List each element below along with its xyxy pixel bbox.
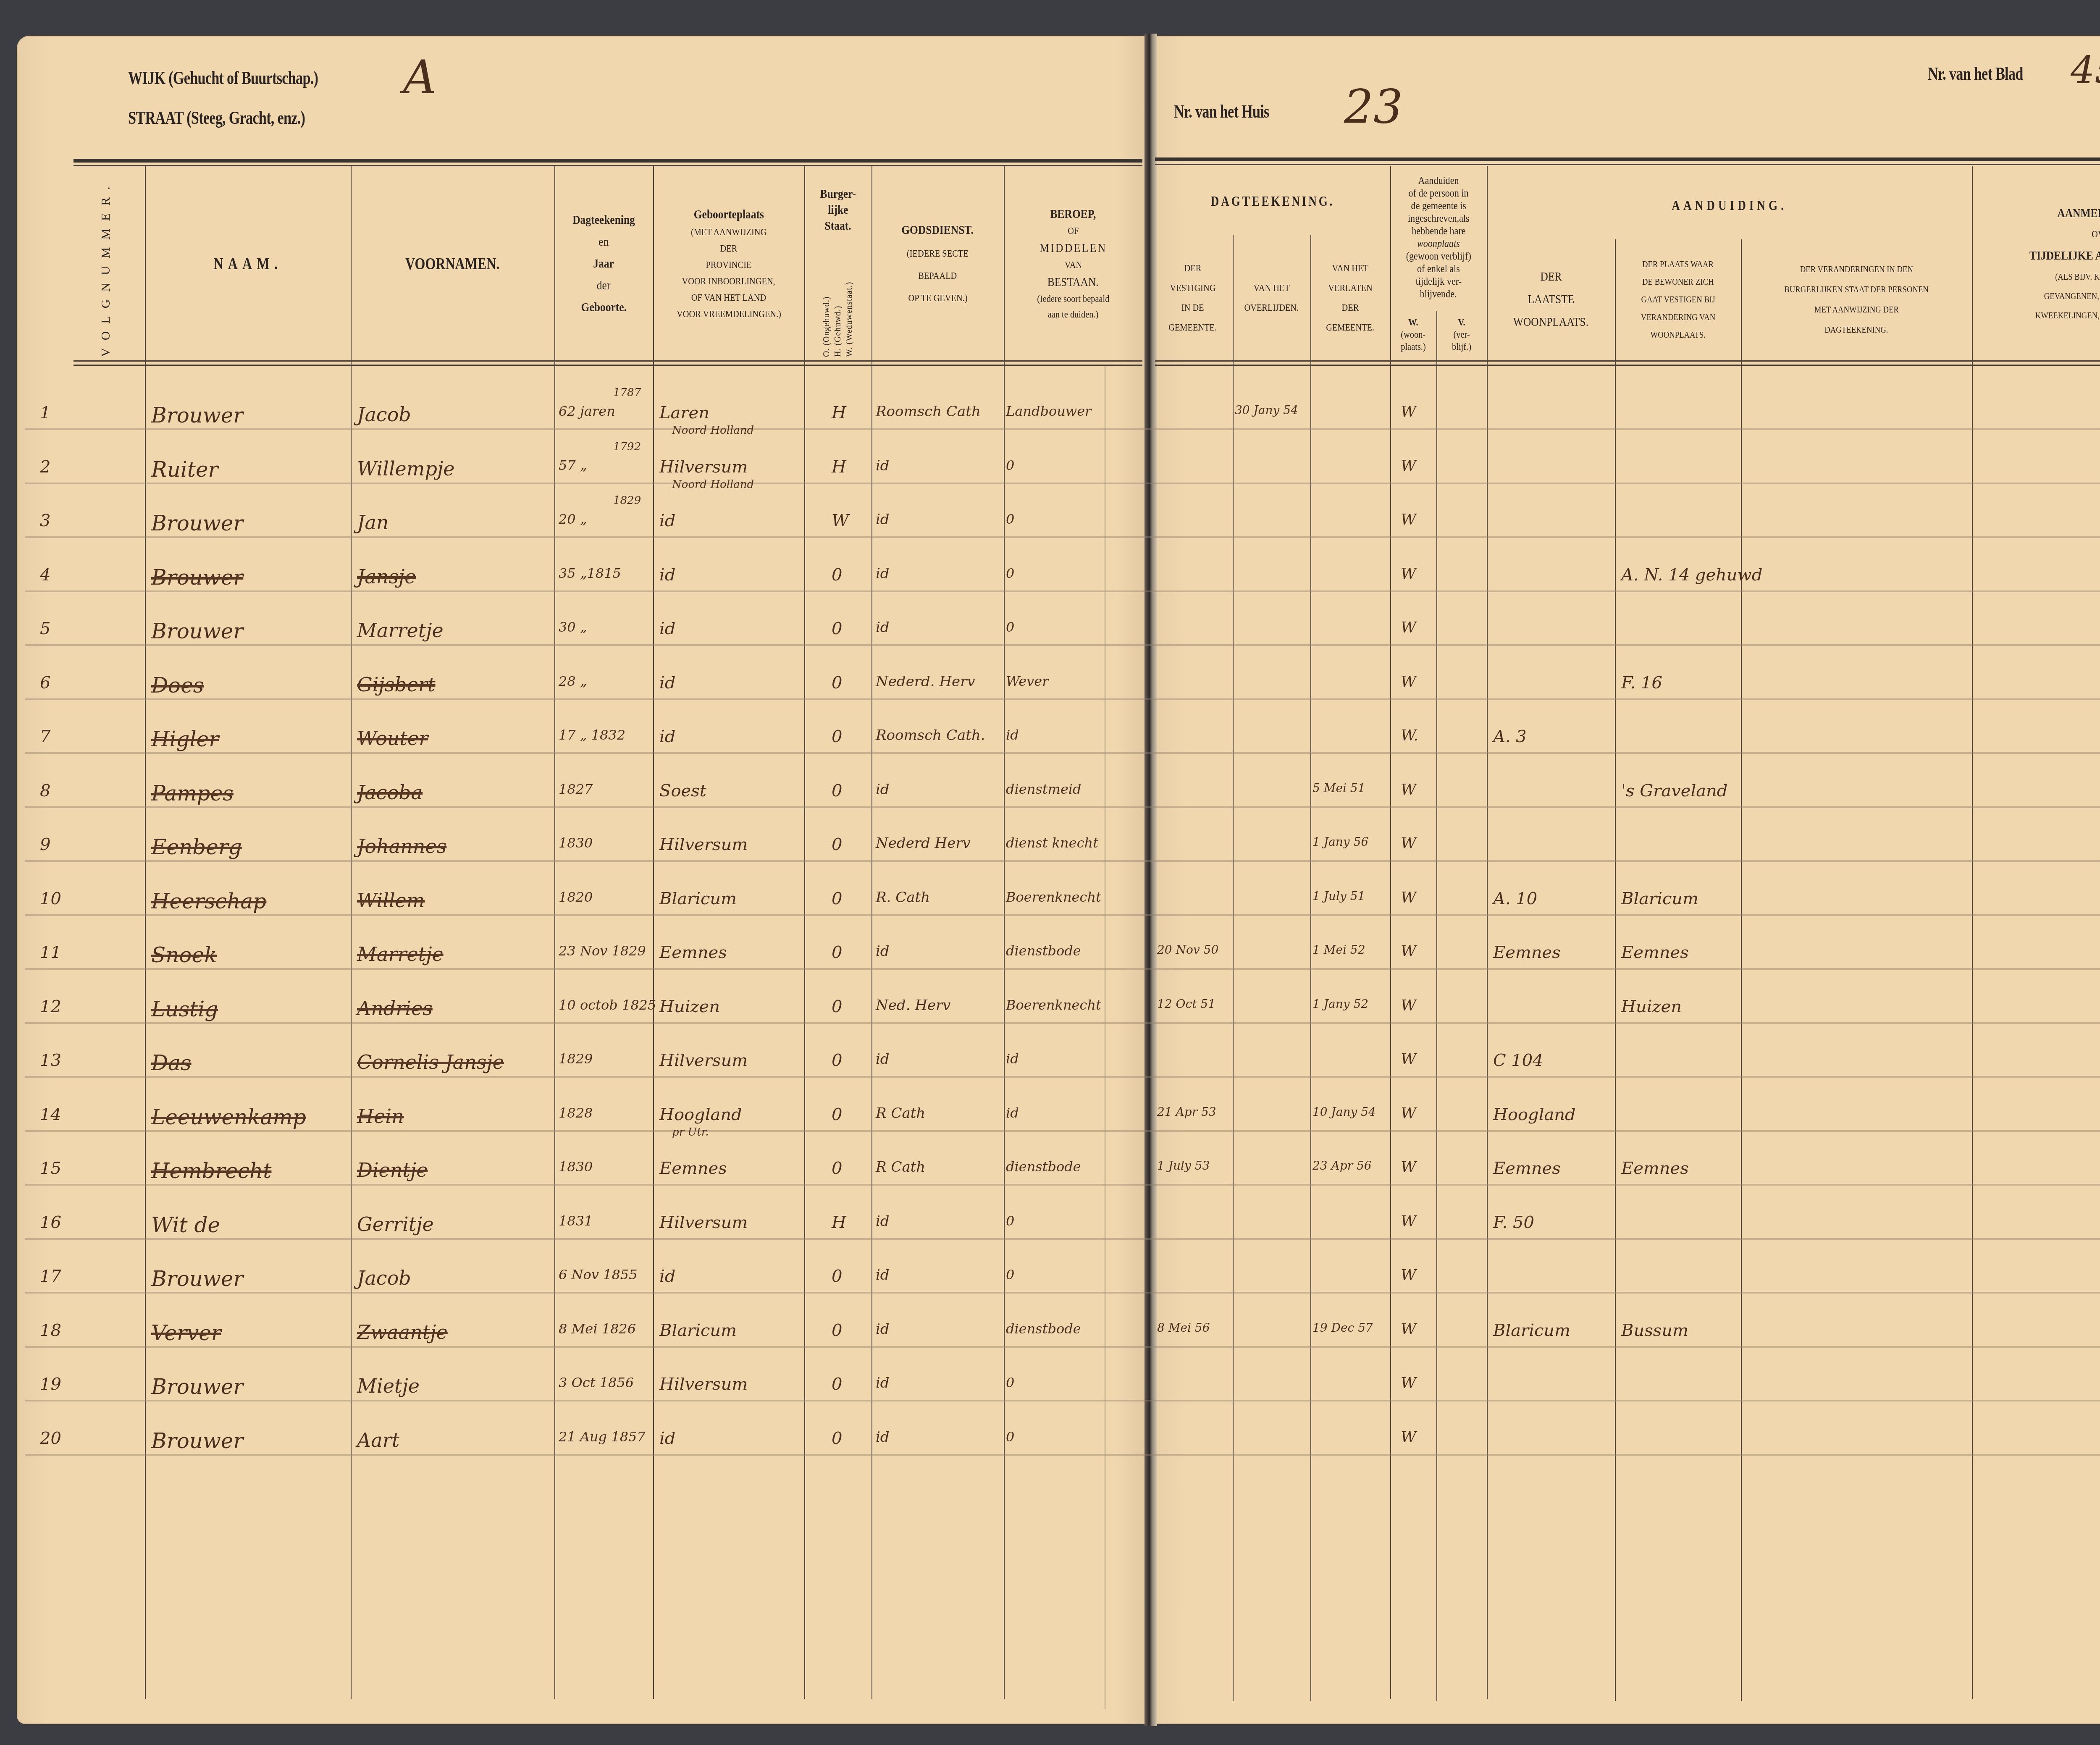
row-number: 12 [40,997,61,1016]
surname: Brouwer [151,511,243,535]
col-line [1004,166,1005,1699]
religion: id [876,1051,890,1068]
occupation: id [1006,727,1019,743]
label: DER [1184,263,1202,274]
row-rule [25,1184,2100,1186]
col-head-geboorteplaats: Geboorteplaats (MET AANWIJZING DER PROVI… [653,168,804,359]
religion: id [876,619,890,636]
new-residence: Blaricum [1621,889,1698,908]
religion: Ned. Herv [876,997,950,1014]
residence-w: W [1401,619,1416,636]
label: OVERLIJDEN. [1244,302,1299,314]
civil-status: H [832,457,846,477]
row-rule [25,536,2100,538]
col-head-voornamen: VOORNAMEN. [351,168,554,359]
row-rule [25,590,2100,592]
row-number: 9 [40,835,50,854]
birthplace: Hilversum [659,1213,748,1232]
label: VAN [1064,260,1082,271]
label: MET AANWIJZING DER [1814,304,1898,315]
label: OVER [2092,229,2100,240]
surname: Wit de [151,1213,220,1237]
birthplace: Eemnes [659,1159,727,1178]
birth-year: 1792 [613,441,641,453]
row-rule [25,914,2100,916]
residence-w: W [1401,1159,1416,1176]
civil-status: 0 [832,727,842,746]
row-number: 19 [40,1375,61,1394]
birthplace-province: Noord Holland [672,424,754,437]
label: plaats.) [1401,341,1425,353]
first-names: Willempje [357,457,454,480]
label: blijf.) [1452,341,1471,353]
col-head-beroep: BEROEP, OF MIDDELEN VAN BESTAAN. (Iedere… [1004,168,1142,359]
col-head-verlaten: VAN HET VERLATEN DER GEMEENTE. [1310,239,1390,357]
label: (Iedere soort bepaald [1037,294,1109,305]
birth-date: 6 Nov 1855 [559,1267,637,1283]
date-settlement: 8 Mei 56 [1157,1321,1210,1335]
label: Burger- [820,187,856,201]
label: hebbende hare [1412,225,1465,237]
row-number: 8 [40,781,50,800]
label: WOONPLAATS. [1513,315,1588,329]
huis-value: 23 [1344,80,1403,134]
date-departure: 1 Mei 52 [1312,943,1365,957]
birth-date: 1830 [559,1159,593,1175]
label: DER PLAATS WAAR [1642,259,1714,270]
birth-date: 30 „ [559,619,587,635]
row-rule [25,752,2100,754]
occupation: dienstbode [1006,943,1081,959]
religion: id [876,457,890,474]
residence-w: W [1401,1213,1416,1230]
birthplace: id [659,1429,675,1448]
label: lijke [828,203,848,217]
col-head-naam: NAAM. [145,168,351,359]
label: (MET AANWIJZING [691,227,766,238]
date-departure: 10 Jany 54 [1312,1105,1376,1119]
label: (IEDERE SECTE [907,248,969,260]
birth-date: 1830 [559,835,593,851]
religion: id [876,565,890,582]
label: (ALS BIJV. KRIJGSLIEDEN, [2055,271,2100,282]
first-names: Wouter [357,727,428,750]
header-bottom-rule-left-2 [73,365,1142,366]
birthplace: Hilversum [659,1375,748,1394]
label: Dagteekening [572,213,635,227]
label: BEPAALD [918,270,957,282]
first-names: Marretje [357,619,444,642]
row-rule [25,860,2100,862]
birthplace: id [659,673,675,693]
label: GEVANGENEN, LEERLINGEN OF [2044,291,2100,302]
occupation: 0 [1006,565,1014,581]
birth-date: 1827 [559,781,593,797]
row-number: 6 [40,673,50,693]
occupation: Boerenknecht [1006,997,1101,1013]
surname: Heerschap [151,889,266,913]
row-rule [25,1130,2100,1132]
residence-w: W [1401,403,1416,420]
new-residence: 's Graveland [1621,781,1727,800]
birthplace: id [659,619,675,638]
birth-date: 62 jaren [559,403,615,419]
religion: id [876,1429,890,1446]
label: (woon- [1401,329,1426,341]
religion: Roomsch Cath. [876,727,985,744]
row-rule [25,1400,2100,1401]
blad-label: Nr. van het Blad [1928,63,2023,84]
huis-label: Nr. van het Huis [1174,101,1269,122]
surname: Das [151,1051,192,1075]
first-names: Gerritje [357,1213,434,1236]
residence-w: W [1401,1375,1416,1392]
row-rule [25,1022,2100,1024]
col-head-burgerlijke-staat: Burger- lijke Staat. [804,168,871,252]
birth-date: 1828 [559,1105,593,1121]
surname: Brouwer [151,1267,243,1291]
birthplace: Blaricum [659,889,737,908]
label: Geboorte. [581,300,626,315]
residence-w: W [1401,673,1416,690]
label: GODSDIENST. [902,223,974,237]
birthplace-province: Noord Holland [672,478,754,491]
birth-year: 1787 [613,386,641,399]
label: DER [1342,302,1359,314]
residence-w: W [1401,1321,1416,1338]
last-residence: A. 10 [1493,889,1537,908]
col-line [1615,239,1616,1701]
col-head-w: W. (woon- plaats.) [1390,311,1436,359]
col-head-plaats-waar: DER PLAATS WAAR DE BEWONER ZICH GAAT VES… [1615,239,1741,359]
row-rule [25,1292,2100,1294]
surname: Pampes [151,781,234,806]
birth-date: 23 Nov 1829 [559,943,646,959]
surname: Brouwer [151,1375,243,1399]
row-number: 10 [40,889,61,908]
label: of de persoon in [1408,187,1468,199]
new-residence: Eemnes [1621,1159,1689,1178]
birthplace: id [659,1267,675,1286]
label: GAAT VESTIGEN BIJ [1641,294,1715,305]
label: DAGTEEKENING. [1824,324,1888,335]
label: OF [1068,226,1079,237]
first-names: Zwaantje [357,1321,448,1344]
civil-status: 0 [832,1321,842,1340]
surname: Higler [151,727,219,751]
label: (ver- [1453,329,1470,341]
label: TIJDELIJKE AFWEZIGHEID. [2029,249,2100,263]
label: GEMEENTE. [1326,322,1374,333]
label: en [598,235,609,249]
row-rule [25,698,2100,700]
date-settlement: 1 July 53 [1157,1159,1210,1173]
birthplace: Hilversum [659,457,748,477]
civil-status: 0 [832,1429,842,1448]
first-names: Jacob [357,1267,411,1289]
row-number: 14 [40,1105,61,1124]
birthplace: Hoogland [659,1105,742,1124]
label: OP TE GEVEN.) [908,293,967,304]
date-settlement: 21 Apr 53 [1157,1105,1216,1119]
civil-status: 0 [832,565,842,585]
label: DAGTEEKENING. [1211,194,1334,210]
row-number: 16 [40,1213,61,1232]
surname: Leeuwenkamp [151,1105,306,1129]
last-residence: Eemnes [1493,943,1561,962]
first-names: Willem [357,889,425,912]
label: VAN HET [1332,263,1368,274]
birthplace-province: pr Utr. [672,1126,709,1139]
label: AANMERKINGEN [2057,206,2100,220]
occupation: dienstmeid [1006,781,1081,797]
label: BEROEP, [1050,207,1096,221]
last-residence: Eemnes [1493,1159,1561,1178]
civil-status: 0 [832,619,842,638]
col-line [145,166,146,1699]
new-residence: A. N. 14 gehuwd [1621,565,1762,585]
civil-status: 0 [832,1375,842,1394]
row-number: 13 [40,1051,61,1070]
birthplace: id [659,727,675,746]
row-rule [25,1454,2100,1456]
first-names: Gijsbert [357,673,435,696]
birthplace: Huizen [659,997,720,1016]
label: LAATSTE [1528,292,1574,307]
date-departure: 19 Dec 57 [1312,1321,1373,1335]
new-residence: Bussum [1621,1321,1688,1340]
label: woonplaats [1417,237,1460,250]
residence-w: W [1401,1105,1416,1122]
birthplace: Eemnes [659,943,727,962]
label: MIDDELEN [1039,241,1107,255]
first-names: Andries [357,997,433,1020]
label: VESTIGING [1170,283,1216,294]
label: Aanduiden [1418,174,1459,187]
residence-w: W [1401,1429,1416,1446]
col-line [871,166,872,1699]
civil-status: 0 [832,673,842,693]
occupation: 0 [1006,1429,1014,1445]
wijk-label: WIJK (Gehucht of Buurtschap.) [128,67,318,89]
label: DER [720,243,738,255]
birthplace: Hilversum [659,1051,748,1070]
birthplace: Soest [659,781,706,800]
occupation: Wever [1006,673,1049,689]
row-rule [25,483,2100,484]
col-head-dagteekening-group: DAGTEEKENING. [1155,176,1390,227]
residence-w: W [1401,997,1416,1014]
col-head-dagteekening: Dagteekening en Jaar der Geboorte. [554,168,653,359]
surname: Ruiter [151,457,218,482]
civil-status: W [832,511,849,530]
label: DER VERANDERINGEN IN DEN [1800,264,1913,275]
civil-status: 0 [832,943,842,962]
date-death: 30 Jany 54 [1235,403,1298,417]
header-bottom-rule-left [73,360,1142,362]
date-departure: 23 Apr 56 [1312,1159,1372,1173]
label: WOONPLAATS. [1650,329,1705,340]
label: AANDUIDING. [1672,198,1787,214]
row-number: 18 [40,1321,61,1340]
label: W. [1408,317,1418,328]
label: VOOR VREEMDELINGEN.) [677,309,781,320]
occupation: 0 [1006,1375,1014,1391]
first-names: Cornelis Jansje [357,1051,504,1073]
col-head-veranderingen: DER VERANDERINGEN IN DEN BURGERLIJKEN ST… [1741,239,1972,359]
first-names: Mietje [357,1375,420,1397]
date-settlement: 20 Nov 50 [1157,943,1218,957]
civil-status: 0 [832,889,842,908]
civil-status: 0 [832,1267,842,1286]
religion: Nederd. Herv [876,673,975,690]
occupation: 0 [1006,1213,1014,1229]
row-number: 15 [40,1159,61,1178]
label: DE BEWONER ZICH [1642,276,1714,287]
label: OF VAN HET LAND [691,292,766,304]
row-rule [25,968,2100,970]
date-departure: 1 Jany 52 [1312,997,1368,1011]
blad-value: 45 [2071,48,2100,92]
label: O. (Ongehuwd.) [822,252,832,357]
residence-w: W [1401,565,1416,583]
date-departure: 1 July 51 [1312,889,1365,903]
col-head-godsdienst: GODSDIENST. (IEDERE SECTE BEPAALD OP TE … [871,168,1004,359]
row-number: 3 [40,511,50,530]
col-head-aanmerkingen: AANMERKINGEN OVER TIJDELIJKE AFWEZIGHEID… [1972,168,2100,359]
birth-date: 57 „ [559,457,587,473]
first-names: Jacob [357,403,411,426]
col-line [554,166,555,1699]
birth-date: 8 Mei 1826 [559,1321,636,1337]
civil-status: 0 [832,835,842,854]
voornamen-label: VOORNAMEN. [405,254,499,273]
first-names: Jansje [357,565,416,588]
row-rule [25,1076,2100,1078]
label: der [597,278,611,293]
col-head-aanduiden: Aanduiden of de persoon in de gemeente i… [1390,166,1487,309]
occupation: Boerenknecht [1006,889,1101,905]
birthplace: Hilversum [659,835,748,854]
header-bottom-rule-right-2 [1155,365,2100,366]
header-bottom-rule-right [1155,360,2100,362]
birth-date: 1829 [559,1051,593,1067]
residence-w: W [1401,835,1416,852]
label: Staat. [824,219,851,233]
col-line [351,166,352,1699]
religion: id [876,1321,890,1338]
new-residence: Eemnes [1621,943,1689,962]
surname: Verver [151,1321,221,1345]
civil-status: 0 [832,1159,842,1178]
religion: id [876,511,890,528]
label: IN DE [1181,302,1204,314]
first-names: Jacoba [357,781,423,804]
surname: Snoek [151,943,217,967]
occupation: 0 [1006,1267,1014,1283]
label: BURGERLIJKEN STAAT DER PERSONEN [1784,284,1929,295]
col-line [653,166,654,1699]
label: (gewoon verblijf) [1406,250,1471,262]
residence-w: W [1401,889,1416,906]
last-residence: F. 50 [1493,1213,1534,1232]
row-number: 11 [40,943,61,962]
row-rule [25,428,2100,430]
birth-date: 35 „1815 [559,565,621,581]
date-departure: 5 Mei 51 [1312,781,1365,795]
occupation: 0 [1006,511,1014,527]
last-residence: C 104 [1493,1051,1543,1070]
birth-date: 1831 [559,1213,593,1229]
civil-status: 0 [832,997,842,1016]
religion: id [876,943,890,960]
occupation: id [1006,1105,1019,1121]
row-rule [25,644,2100,646]
new-residence: Huizen [1621,997,1682,1016]
surname: Brouwer [151,1429,243,1453]
col-head-overlijden: VAN HET OVERLIJDEN. [1233,239,1310,357]
label: VOOR INBOORLINGEN, [682,276,775,287]
last-residence: Hoogland [1493,1105,1576,1124]
new-residence: F. 16 [1621,673,1662,693]
occupation: dienstbode [1006,1159,1081,1175]
row-rule [25,806,2100,808]
surname: Brouwer [151,619,243,643]
label: tijdelijk ver- [1415,275,1461,288]
label: W. (Weduwenstaat.) [845,252,854,357]
col-line [1972,166,1973,1699]
row-number: 1 [40,403,50,422]
last-residence: A. 3 [1493,727,1527,746]
label: ingeschreven,als [1408,212,1470,225]
religion: R. Cath [876,889,930,906]
date-settlement: 12 Oct 51 [1157,997,1215,1011]
religion: Nederd Herv [876,835,971,852]
row-number: 2 [40,457,50,477]
religion: id [876,1267,890,1283]
occupation: id [1006,1051,1019,1067]
surname: Lustig [151,997,218,1021]
wijk-value: A [403,50,436,104]
first-names: Johannes [357,835,446,858]
surname: Does [151,673,204,698]
residence-w: W [1401,781,1416,798]
header-top-rule-right-thin [1155,164,2100,165]
civil-status: 0 [832,1051,842,1070]
religion: R Cath [876,1105,925,1122]
birthplace: id [659,511,675,530]
label: BESTAAN. [1047,275,1099,289]
label: KWEEKELINGEN, STUDENTEN, ENZ.) [2035,310,2100,321]
col-head-v: V. (ver- blijf.) [1436,311,1487,359]
birth-date: 3 Oct 1856 [559,1375,634,1391]
surname: Brouwer [151,565,243,590]
residence-w: W [1401,457,1416,475]
residence-w: W [1401,943,1416,960]
residence-w: W [1401,511,1416,528]
religion: Roomsch Cath [876,403,981,420]
surname: Brouwer [151,403,243,428]
residence-w: W [1401,1051,1416,1068]
header-top-rule-left-thin [73,165,1142,166]
row-number: 20 [40,1429,61,1448]
occupation: 0 [1006,457,1014,473]
label: VERLATEN [1328,283,1372,294]
label: VERANDERING VAN [1641,312,1715,323]
last-residence: Blaricum [1493,1321,1570,1340]
col-line [1487,166,1488,1699]
col-line [1741,239,1742,1701]
